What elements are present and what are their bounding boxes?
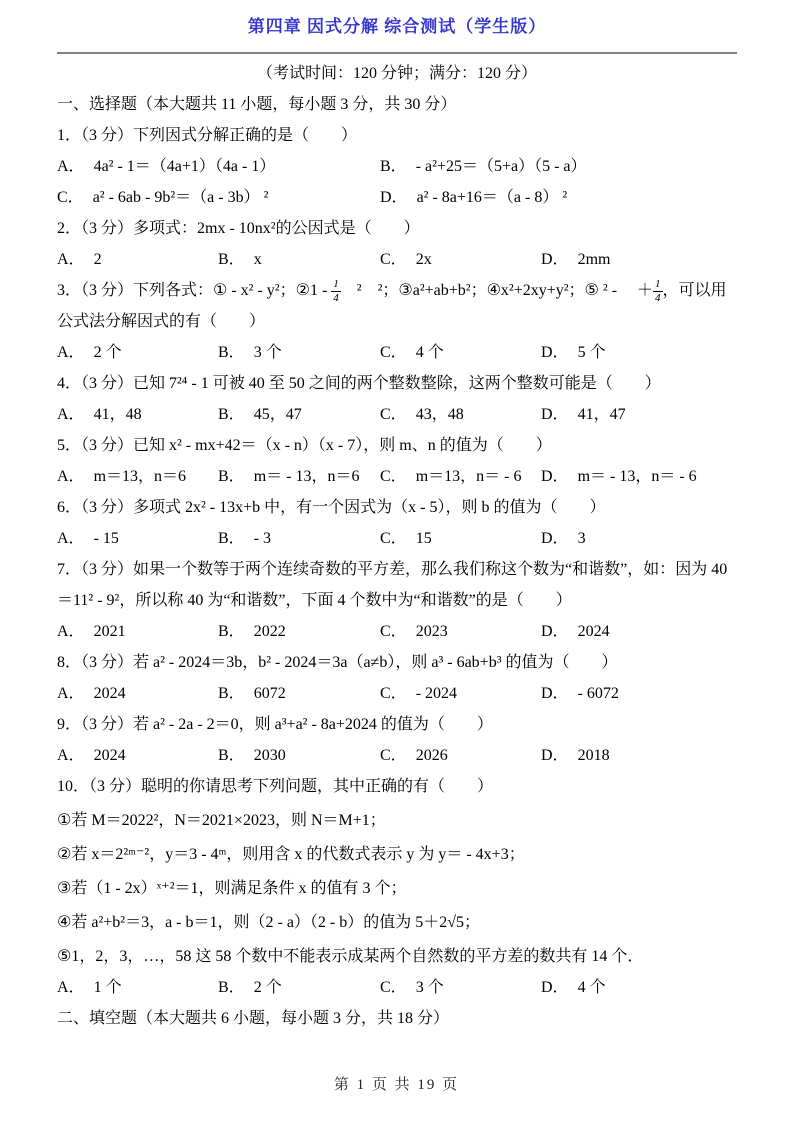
question-10-stem: 10．（3 分）聪明的你请思考下列问题，其中正确的有（ ） xyxy=(57,771,737,802)
option-label: C． xyxy=(380,623,407,640)
option-label: A． xyxy=(57,530,85,547)
question-10-option-b: B．2 个 xyxy=(218,972,380,1003)
fraction-one-quarter: 14 xyxy=(331,278,341,304)
question-4-option-b: B．45，47 xyxy=(218,399,380,430)
option-text: 2 个 xyxy=(254,979,282,996)
option-text: 2 xyxy=(94,251,102,268)
question-10-item-4: ④若 a²+b²＝3，a - b＝1，则（2 - a）（2 - b）的值为 5＋… xyxy=(57,907,737,938)
option-label: B． xyxy=(218,344,245,361)
question-9-option-a: A．2024 xyxy=(57,740,218,771)
option-label: B． xyxy=(218,747,245,764)
option-label: B． xyxy=(218,530,245,547)
question-4-stem: 4．（3 分）已知 7²⁴ - 1 可被 40 至 50 之间的两个整数整除，这… xyxy=(57,368,737,399)
option-label: C． xyxy=(380,979,407,996)
option-text: 2x xyxy=(416,251,432,268)
option-text: 2024 xyxy=(578,623,610,640)
option-text: 2024 xyxy=(94,747,126,764)
question-8-option-a: A．2024 xyxy=(57,678,218,709)
option-label: C． xyxy=(380,747,407,764)
option-label: C． xyxy=(57,189,84,206)
question-10-option-a: A．1 个 xyxy=(57,972,218,1003)
question-8-stem: 8．（3 分）若 a² - 2024＝3b，b² - 2024＝3a（a≠b），… xyxy=(57,647,737,678)
question-8-option-d: D．- 6072 xyxy=(541,678,737,709)
option-label: A． xyxy=(57,747,85,764)
option-label: A． xyxy=(57,468,85,485)
option-label: B． xyxy=(218,468,245,485)
question-3-options: A．2 个 B．3 个 C．4 个 D．5 个 xyxy=(57,337,737,368)
option-text: a² - 6ab - 9b²＝（a - 3b） ² xyxy=(93,189,269,206)
option-label: C． xyxy=(380,530,407,547)
option-text: 2018 xyxy=(578,747,610,764)
option-text: 4a² - 1＝（4a+1）（4a - 1） xyxy=(94,158,276,175)
question-3-option-d: D．5 个 xyxy=(541,337,737,368)
option-label: C． xyxy=(380,344,407,361)
question-9-stem: 9．（3 分）若 a² - 2a - 2＝0，则 a³+a² - 8a+2024… xyxy=(57,709,737,740)
option-label: D． xyxy=(380,189,408,206)
option-text: - 6072 xyxy=(578,685,619,702)
option-label: D． xyxy=(541,747,569,764)
question-5-option-c: C．m＝13，n＝ - 6 xyxy=(380,461,541,492)
option-label: D． xyxy=(541,344,569,361)
option-text: 41，47 xyxy=(578,406,626,423)
question-6-options: A．- 15 B．- 3 C．15 D．3 xyxy=(57,523,737,554)
option-label: B． xyxy=(218,406,245,423)
option-text: a² - 8a+16＝（a - 8） ² xyxy=(417,189,568,206)
option-text: - 15 xyxy=(94,530,119,547)
question-3-stem: 3．（3 分）下列各式：① - x² - y²；②1 - 14 ² ²；③a²+… xyxy=(57,275,737,337)
option-label: A． xyxy=(57,685,85,702)
option-label: D． xyxy=(541,685,569,702)
question-2-stem: 2．（3 分）多项式：2mx - 10nx²的公因式是（ ） xyxy=(57,213,737,244)
option-label: D． xyxy=(541,406,569,423)
option-text: 43，48 xyxy=(416,406,464,423)
option-text: 3 xyxy=(578,530,586,547)
question-9-options: A．2024 B．2030 C．2026 D．2018 xyxy=(57,740,737,771)
page-number: 第 1 页 共 19 页 xyxy=(0,1073,793,1094)
section2-heading: 二、填空题（本大题共 6 小题，每小题 3 分，共 18 分） xyxy=(57,1003,737,1034)
question-7-option-b: B．2022 xyxy=(218,616,380,647)
option-label: B． xyxy=(218,251,245,268)
question-2-option-a: A．2 xyxy=(57,244,218,275)
question-7-stem: 7．（3 分）如果一个数等于两个连续奇数的平方差，那么我们称这个数为“和谐数”，… xyxy=(57,554,737,616)
option-text: 2024 xyxy=(94,685,126,702)
question-4-option-c: C．43，48 xyxy=(380,399,541,430)
stem-segment: 3．（3 分）下列各式：① - x² - y²；②1 - xyxy=(57,282,331,299)
question-6-stem: 6．（3 分）多项式 2x² - 13x+b 中，有一个因式为（x - 5），则… xyxy=(57,492,737,523)
question-8-options: A．2024 B．6072 C．- 2024 D．- 6072 xyxy=(57,678,737,709)
option-text: 5 个 xyxy=(578,344,606,361)
option-label: D． xyxy=(541,623,569,640)
stem-segment: ² ²；③a²+ab+b²；④x²+2xy+y²；⑤ ² - ＋ xyxy=(341,282,653,299)
question-4-option-d: D．41，47 xyxy=(541,399,737,430)
option-text: 15 xyxy=(416,530,432,547)
fraction-denominator: 4 xyxy=(653,292,663,305)
question-8-option-b: B．6072 xyxy=(218,678,380,709)
question-8-option-c: C．- 2024 xyxy=(380,678,541,709)
option-text: 45，47 xyxy=(254,406,302,423)
option-text: 2023 xyxy=(416,623,448,640)
option-label: A． xyxy=(57,158,85,175)
option-label: B． xyxy=(218,685,245,702)
question-7-option-a: A．2021 xyxy=(57,616,218,647)
option-text: 2021 xyxy=(94,623,126,640)
option-text: 3 个 xyxy=(416,979,444,996)
option-text: 6072 xyxy=(254,685,286,702)
fraction-denominator: 4 xyxy=(331,292,341,305)
option-text: - 3 xyxy=(254,530,271,547)
option-label: B． xyxy=(218,623,245,640)
question-2-option-c: C．2x xyxy=(380,244,541,275)
option-text: m＝ - 13，n＝6 xyxy=(254,468,360,485)
question-6-option-b: B．- 3 xyxy=(218,523,380,554)
option-text: 4 个 xyxy=(416,344,444,361)
exam-info: （考试时间：120 分钟；满分：120 分） xyxy=(57,58,737,89)
question-9-option-b: B．2030 xyxy=(218,740,380,771)
option-label: B． xyxy=(218,979,245,996)
question-1-option-b: B．- a²+25＝（5+a）（5 - a） xyxy=(380,151,737,182)
question-6-option-d: D．3 xyxy=(541,523,737,554)
question-5-options: A．m＝13，n＝6 B．m＝ - 13，n＝6 C．m＝13，n＝ - 6 D… xyxy=(57,461,737,492)
question-3-option-b: B．3 个 xyxy=(218,337,380,368)
option-text: 2026 xyxy=(416,747,448,764)
question-5-option-a: A．m＝13，n＝6 xyxy=(57,461,218,492)
option-label: A． xyxy=(57,251,85,268)
fraction-numerator: 1 xyxy=(653,278,663,292)
test-paper-page: 第四章 因式分解 综合测试（学生版） （考试时间：120 分钟；满分：120 分… xyxy=(0,0,793,1122)
question-2-option-b: B．x xyxy=(218,244,380,275)
option-text: m＝ - 13，n＝ - 6 xyxy=(578,468,697,485)
page-title: 第四章 因式分解 综合测试（学生版） xyxy=(57,14,737,40)
option-label: A． xyxy=(57,406,85,423)
question-6-option-a: A．- 15 xyxy=(57,523,218,554)
question-1-stem: 1．（3 分）下列因式分解正确的是（ ） xyxy=(57,120,737,151)
question-2-option-d: D．2mm xyxy=(541,244,737,275)
question-10-item-3: ③若（1 - 2x）ˣ⁺²＝1，则满足条件 x 的值有 3 个； xyxy=(57,873,737,904)
section1-heading: 一、选择题（本大题共 11 小题，每小题 3 分，共 30 分） xyxy=(57,89,737,120)
question-7-option-d: D．2024 xyxy=(541,616,737,647)
title-divider xyxy=(57,52,737,54)
question-5-option-d: D．m＝ - 13，n＝ - 6 xyxy=(541,461,737,492)
question-3-option-a: A．2 个 xyxy=(57,337,218,368)
question-6-option-c: C．15 xyxy=(380,523,541,554)
question-1-option-d: D．a² - 8a+16＝（a - 8） ² xyxy=(380,182,737,213)
option-text: x xyxy=(254,251,262,268)
question-10-option-d: D．4 个 xyxy=(541,972,737,1003)
option-text: - 2024 xyxy=(416,685,457,702)
question-1-option-a: A．4a² - 1＝（4a+1）（4a - 1） xyxy=(57,151,380,182)
question-9-option-c: C．2026 xyxy=(380,740,541,771)
question-7-options: A．2021 B．2022 C．2023 D．2024 xyxy=(57,616,737,647)
option-text: 2mm xyxy=(578,251,611,268)
option-label: C． xyxy=(380,685,407,702)
option-label: D． xyxy=(541,979,569,996)
question-4-options: A．41，48 B．45，47 C．43，48 D．41，47 xyxy=(57,399,737,430)
question-10-item-2: ②若 x＝2²ᵐ⁻²，y＝3 - 4ᵐ，则用含 x 的代数式表示 y 为 y＝ … xyxy=(57,839,737,870)
question-7-option-c: C．2023 xyxy=(380,616,541,647)
question-1-options-row-1: A．4a² - 1＝（4a+1）（4a - 1） B．- a²+25＝（5+a）… xyxy=(57,151,737,182)
question-10-item-5: ⑤1，2，3，…，58 这 58 个数中不能表示成某两个自然数的平方差的数共有 … xyxy=(57,941,737,972)
question-1-option-c: C．a² - 6ab - 9b²＝（a - 3b） ² xyxy=(57,182,380,213)
option-label: D． xyxy=(541,468,569,485)
question-1-options-row-2: C．a² - 6ab - 9b²＝（a - 3b） ² D．a² - 8a+16… xyxy=(57,182,737,213)
option-text: m＝13，n＝ - 6 xyxy=(416,468,522,485)
option-label: A． xyxy=(57,344,85,361)
question-9-option-d: D．2018 xyxy=(541,740,737,771)
option-text: - a²+25＝（5+a）（5 - a） xyxy=(416,158,587,175)
option-text: 2022 xyxy=(254,623,286,640)
question-5-option-b: B．m＝ - 13，n＝6 xyxy=(218,461,380,492)
option-label: A． xyxy=(57,979,85,996)
option-label: A． xyxy=(57,623,85,640)
option-label: D． xyxy=(541,530,569,547)
fraction-one-quarter: 14 xyxy=(653,278,663,304)
question-4-option-a: A．41，48 xyxy=(57,399,218,430)
option-label: B． xyxy=(380,158,407,175)
option-text: 3 个 xyxy=(254,344,282,361)
option-text: 1 个 xyxy=(94,979,122,996)
question-10-item-1: ①若 M＝2022²，N＝2021×2023，则 N＝M+1； xyxy=(57,805,737,836)
option-label: C． xyxy=(380,468,407,485)
question-5-stem: 5．（3 分）已知 x² - mx+42＝（x - n）（x - 7），则 m、… xyxy=(57,430,737,461)
question-3-option-c: C．4 个 xyxy=(380,337,541,368)
option-label: C． xyxy=(380,251,407,268)
option-label: D． xyxy=(541,251,569,268)
question-2-options: A．2 B．x C．2x D．2mm xyxy=(57,244,737,275)
option-text: 2030 xyxy=(254,747,286,764)
question-10-option-c: C．3 个 xyxy=(380,972,541,1003)
question-10-options: A．1 个 B．2 个 C．3 个 D．4 个 xyxy=(57,972,737,1003)
option-text: m＝13，n＝6 xyxy=(94,468,186,485)
option-text: 4 个 xyxy=(578,979,606,996)
option-label: C． xyxy=(380,406,407,423)
option-text: 2 个 xyxy=(94,344,122,361)
option-text: 41，48 xyxy=(94,406,142,423)
fraction-numerator: 1 xyxy=(331,278,341,292)
